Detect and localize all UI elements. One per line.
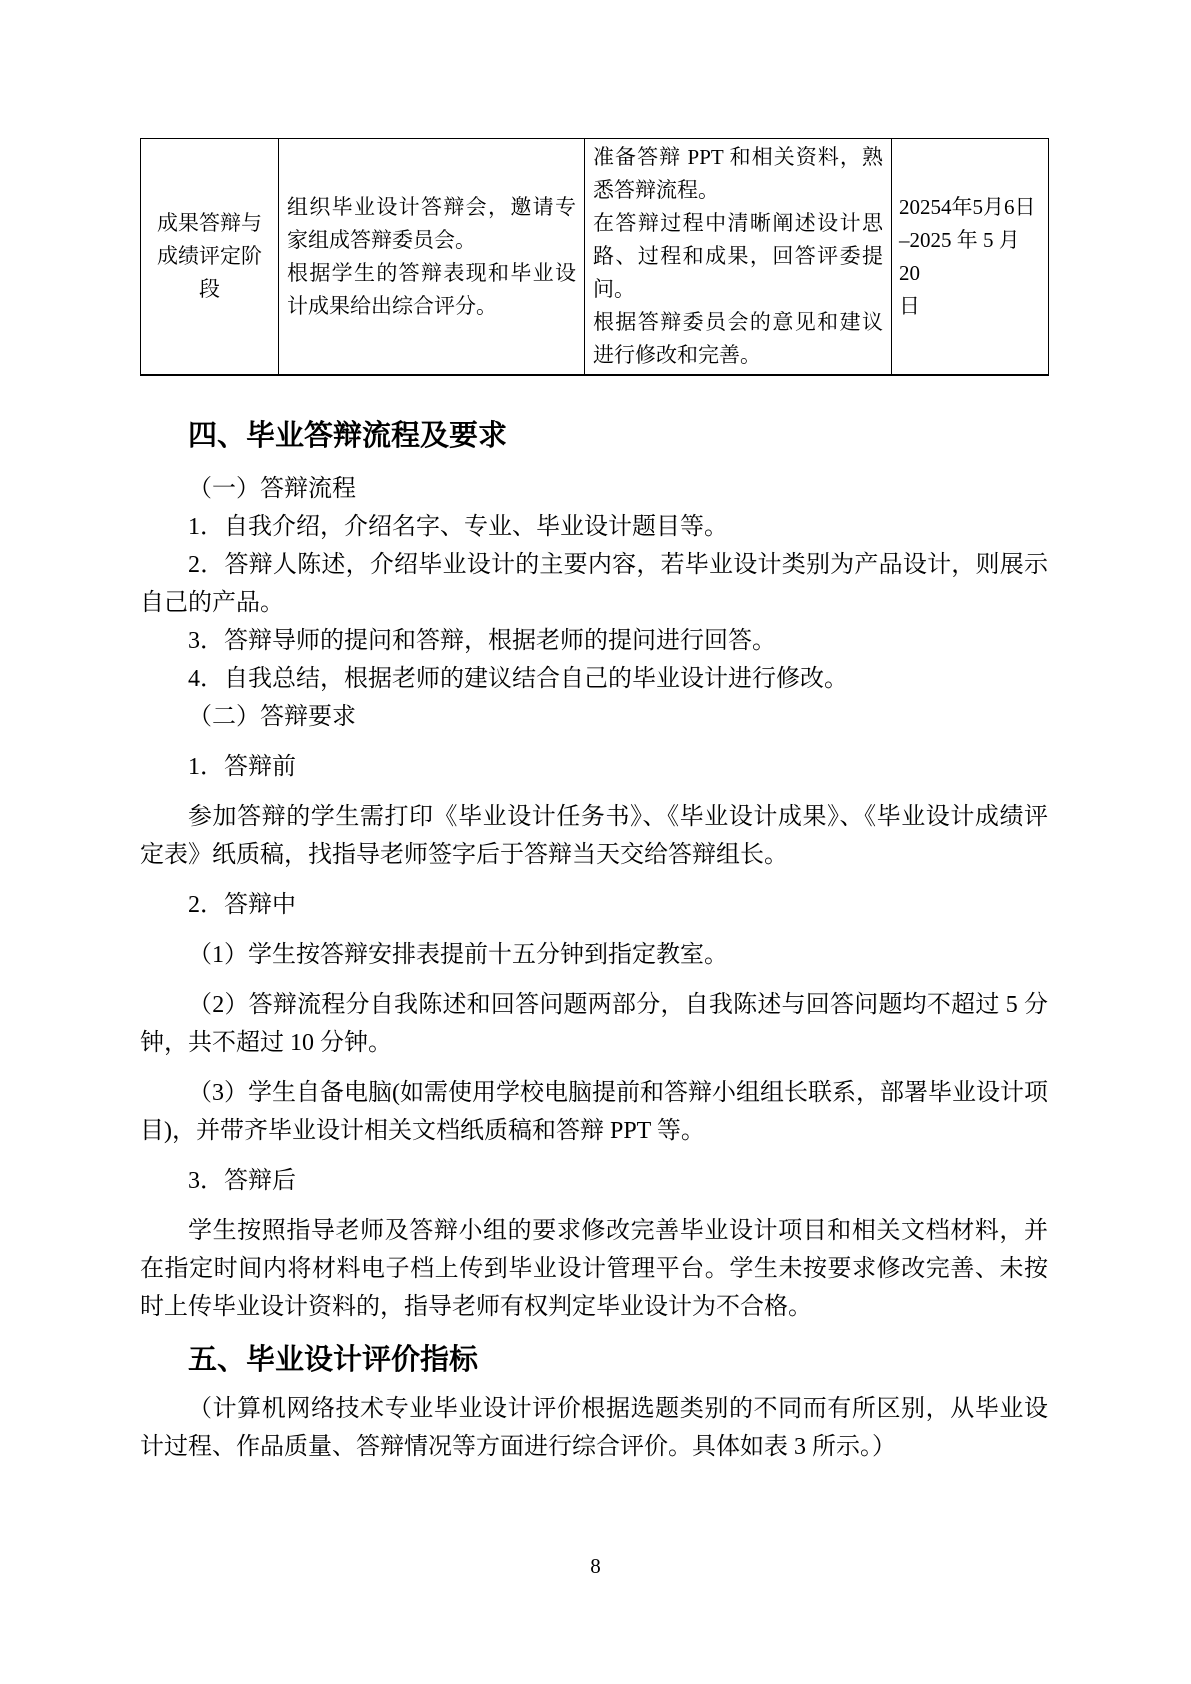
student-tasks-cell: 准备答辩 PPT 和相关资料，熟悉答辩流程。 在答辩过程中清晰阐述设计思路、过程…: [585, 139, 892, 376]
section-5-heading: 五、毕业设计评价指标: [140, 1340, 1048, 1380]
during-defense-heading: 2．答辩中: [140, 886, 1048, 924]
flow-item-4: 4．自我总结，根据老师的建议结合自己的毕业设计进行修改。: [140, 660, 1048, 698]
page-content: 成果答辩与成绩评定阶段 组织毕业设计答辩会，邀请专家组成答辩委员会。 根据学生的…: [140, 0, 1048, 1466]
document-page: 成果答辩与成绩评定阶段 组织毕业设计答辩会，邀请专家组成答辩委员会。 根据学生的…: [0, 0, 1191, 1684]
during-defense-item-3: （3）学生自备电脑(如需使用学校电脑提前和答辩小组组长联系，部署毕业设计项目)，…: [140, 1074, 1048, 1150]
before-defense-text: 参加答辩的学生需打印《毕业设计任务书》、《毕业设计成果》、《毕业设计成绩评定表》…: [140, 798, 1048, 874]
subsection-2-heading: （二）答辩要求: [140, 698, 1048, 736]
page-number: 8: [0, 1552, 1191, 1580]
during-defense-item-2: （2）答辩流程分自我陈述和回答问题两部分，自我陈述与回答问题均不超过 5 分钟，…: [140, 986, 1048, 1062]
after-defense-text: 学生按照指导老师及答辩小组的要求修改完善毕业设计项目和相关文档材料，并在指定时间…: [140, 1212, 1048, 1326]
section-4-heading: 四、毕业答辩流程及要求: [140, 416, 1048, 456]
flow-item-1: 1．自我介绍，介绍名字、专业、毕业设计题目等。: [140, 508, 1048, 546]
table-row: 成果答辩与成绩评定阶段 组织毕业设计答辩会，邀请专家组成答辩委员会。 根据学生的…: [141, 139, 1049, 376]
flow-item-3: 3．答辩导师的提问和答辩，根据老师的提问进行回答。: [140, 622, 1048, 660]
schedule-table: 成果答辩与成绩评定阶段 组织毕业设计答辩会，邀请专家组成答辩委员会。 根据学生的…: [140, 138, 1049, 376]
section-5-intro: （计算机网络技术专业毕业设计评价根据选题类别的不同而有所区别，从毕业设计过程、作…: [140, 1390, 1048, 1466]
before-defense-heading: 1．答辩前: [140, 748, 1048, 786]
after-defense-heading: 3．答辩后: [140, 1162, 1048, 1200]
organizer-tasks-cell: 组织毕业设计答辩会，邀请专家组成答辩委员会。 根据学生的答辩表现和毕业设计成果给…: [279, 139, 585, 376]
subsection-1-heading: （一）答辩流程: [140, 470, 1048, 508]
date-cell: 20254年5月6日 –2025 年 5 月 20 日: [892, 139, 1049, 376]
during-defense-item-1: （1）学生按答辩安排表提前十五分钟到指定教室。: [140, 936, 1048, 974]
flow-item-2: 2．答辩人陈述，介绍毕业设计的主要内容，若毕业设计类别为产品设计，则展示自己的产…: [140, 546, 1048, 622]
stage-cell: 成果答辩与成绩评定阶段: [141, 139, 279, 376]
